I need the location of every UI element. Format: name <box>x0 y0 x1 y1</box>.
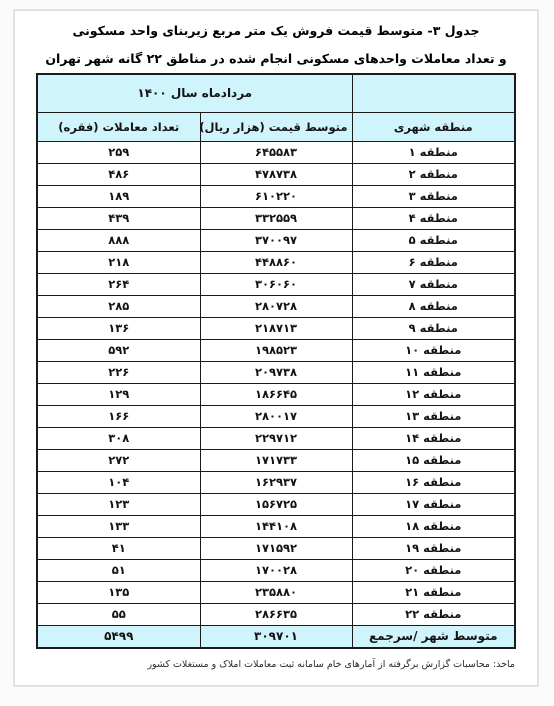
count-cell: ۱۲۹ <box>37 383 200 405</box>
price-cell: ۴۷۸۷۳۸ <box>200 163 352 185</box>
table-row: منطقه ۲۲ ۲۸۶۶۳۵ ۵۵ <box>37 603 515 625</box>
price-cell: ۱۵۶۷۲۵ <box>200 493 352 515</box>
count-column-header: تعداد معاملات (فقره) <box>37 112 200 141</box>
price-cell: ۲۰۹۷۳۸ <box>200 361 352 383</box>
table-row: منطقه ۱۷ ۱۵۶۷۲۵ ۱۲۳ <box>37 493 515 515</box>
price-cell: ۲۸۶۶۳۵ <box>200 603 352 625</box>
count-cell: ۳۰۸ <box>37 427 200 449</box>
price-cell: ۱۸۶۶۴۵ <box>200 383 352 405</box>
region-cell: منطقه ۷ <box>352 273 515 295</box>
region-cell: منطقه ۶ <box>352 251 515 273</box>
table-row: منطقه ۱۴ ۲۲۹۷۱۲ ۳۰۸ <box>37 427 515 449</box>
document-canvas: جدول ۳- متوسط قیمت فروش یک متر مربع زیرب… <box>0 0 554 706</box>
table-row: منطقه ۱۰ ۱۹۸۵۲۳ ۵۹۲ <box>37 339 515 361</box>
region-cell: منطقه ۱۸ <box>352 515 515 537</box>
count-cell: ۲۷۲ <box>37 449 200 471</box>
total-price-cell: ۳۰۹۷۰۱ <box>200 625 352 648</box>
table-row: منطقه ۱۱ ۲۰۹۷۳۸ ۲۲۶ <box>37 361 515 383</box>
region-cell: منطقه ۹ <box>352 317 515 339</box>
price-cell: ۲۸۰۷۲۸ <box>200 295 352 317</box>
period-header-cell: مردادماه سال ۱۴۰۰ <box>37 74 352 112</box>
table-row: منطقه ۹ ۲۱۸۷۱۳ ۱۳۶ <box>37 317 515 339</box>
region-cell: منطقه ۱۵ <box>352 449 515 471</box>
price-cell: ۲۳۵۸۸۰ <box>200 581 352 603</box>
table-title-line2: و تعداد معاملات واحدهای مسکونی انجام شده… <box>15 48 537 70</box>
region-cell: منطقه ۵ <box>352 229 515 251</box>
table-row: منطقه ۱۹ ۱۷۱۵۹۲ ۴۱ <box>37 537 515 559</box>
report-page: جدول ۳- متوسط قیمت فروش یک متر مربع زیرب… <box>13 9 539 687</box>
count-cell: ۲۶۴ <box>37 273 200 295</box>
price-cell: ۳۰۶۰۶۰ <box>200 273 352 295</box>
price-cell: ۲۲۹۷۱۲ <box>200 427 352 449</box>
price-cell: ۶۱۰۲۲۰ <box>200 185 352 207</box>
table-row: منطقه ۴ ۳۳۲۵۵۹ ۴۳۹ <box>37 207 515 229</box>
table-row: منطقه ۳ ۶۱۰۲۲۰ ۱۸۹ <box>37 185 515 207</box>
count-cell: ۴۳۹ <box>37 207 200 229</box>
price-cell: ۶۴۵۵۸۳ <box>200 141 352 163</box>
count-cell: ۱۶۶ <box>37 405 200 427</box>
count-cell: ۲۸۵ <box>37 295 200 317</box>
table-row: منطقه ۲۰ ۱۷۰۰۲۸ ۵۱ <box>37 559 515 581</box>
price-cell: ۱۷۰۰۲۸ <box>200 559 352 581</box>
period-header-row: مردادماه سال ۱۴۰۰ <box>37 74 515 112</box>
total-count-cell: ۵۴۹۹ <box>37 625 200 648</box>
table-row: منطقه ۱۳ ۲۸۰۰۱۷ ۱۶۶ <box>37 405 515 427</box>
region-cell: منطقه ۱۱ <box>352 361 515 383</box>
table-row: منطقه ۱۶ ۱۶۲۹۳۷ ۱۰۴ <box>37 471 515 493</box>
region-cell: منطقه ۱۰ <box>352 339 515 361</box>
count-cell: ۲۱۸ <box>37 251 200 273</box>
table-row: منطقه ۱۲ ۱۸۶۶۴۵ ۱۲۹ <box>37 383 515 405</box>
count-cell: ۱۸۹ <box>37 185 200 207</box>
price-cell: ۳۳۲۵۵۹ <box>200 207 352 229</box>
total-row: متوسط شهر /سرجمع ۳۰۹۷۰۱ ۵۴۹۹ <box>37 625 515 648</box>
region-cell: منطقه ۱۳ <box>352 405 515 427</box>
region-cell: منطقه ۱۷ <box>352 493 515 515</box>
price-cell: ۱۷۱۷۳۳ <box>200 449 352 471</box>
count-cell: ۸۸۸ <box>37 229 200 251</box>
region-cell: منطقه ۱۲ <box>352 383 515 405</box>
total-label-cell: متوسط شهر /سرجمع <box>352 625 515 648</box>
table-row: منطقه ۲۱ ۲۳۵۸۸۰ ۱۳۵ <box>37 581 515 603</box>
price-cell: ۳۷۰۰۹۷ <box>200 229 352 251</box>
table-row: منطقه ۲ ۴۷۸۷۳۸ ۴۸۶ <box>37 163 515 185</box>
price-cell: ۲۱۸۷۱۳ <box>200 317 352 339</box>
empty-corner-cell <box>352 74 515 112</box>
region-column-header: منطقه شهری <box>352 112 515 141</box>
table-row: منطقه ۵ ۳۷۰۰۹۷ ۸۸۸ <box>37 229 515 251</box>
region-cell: منطقه ۲۰ <box>352 559 515 581</box>
price-cell: ۱۷۱۵۹۲ <box>200 537 352 559</box>
region-cell: منطقه ۲ <box>352 163 515 185</box>
table-row: منطقه ۷ ۳۰۶۰۶۰ ۲۶۴ <box>37 273 515 295</box>
count-cell: ۱۳۳ <box>37 515 200 537</box>
count-cell: ۱۲۳ <box>37 493 200 515</box>
region-cell: منطقه ۲۲ <box>352 603 515 625</box>
price-column-header: متوسط قیمت (هزار ریال) <box>200 112 352 141</box>
price-cell: ۱۹۸۵۲۳ <box>200 339 352 361</box>
price-cell: ۲۸۰۰۱۷ <box>200 405 352 427</box>
region-cell: منطقه ۱۴ <box>352 427 515 449</box>
column-header-row: منطقه شهری متوسط قیمت (هزار ریال) تعداد … <box>37 112 515 141</box>
count-cell: ۵۱ <box>37 559 200 581</box>
table-row: منطقه ۱۵ ۱۷۱۷۳۳ ۲۷۲ <box>37 449 515 471</box>
source-note: ماخذ: محاسبات گزارش برگرفته از آمارهای خ… <box>37 659 515 670</box>
price-table: مردادماه سال ۱۴۰۰ منطقه شهری متوسط قیمت … <box>36 73 516 649</box>
region-cell: منطقه ۱ <box>352 141 515 163</box>
count-cell: ۲۲۶ <box>37 361 200 383</box>
count-cell: ۲۵۹ <box>37 141 200 163</box>
count-cell: ۵۹۲ <box>37 339 200 361</box>
table-title-line1: جدول ۳- متوسط قیمت فروش یک متر مربع زیرب… <box>15 20 537 42</box>
price-cell: ۱۴۴۱۰۸ <box>200 515 352 537</box>
count-cell: ۴۸۶ <box>37 163 200 185</box>
region-cell: منطقه ۲۱ <box>352 581 515 603</box>
count-cell: ۵۵ <box>37 603 200 625</box>
region-cell: منطقه ۸ <box>352 295 515 317</box>
table-row: منطقه ۸ ۲۸۰۷۲۸ ۲۸۵ <box>37 295 515 317</box>
table-row: منطقه ۱ ۶۴۵۵۸۳ ۲۵۹ <box>37 141 515 163</box>
table-row: منطقه ۶ ۴۴۸۸۶۰ ۲۱۸ <box>37 251 515 273</box>
table-body: منطقه ۱ ۶۴۵۵۸۳ ۲۵۹ منطقه ۲ ۴۷۸۷۳۸ ۴۸۶ من… <box>37 141 515 625</box>
table-row: منطقه ۱۸ ۱۴۴۱۰۸ ۱۳۳ <box>37 515 515 537</box>
count-cell: ۴۱ <box>37 537 200 559</box>
price-cell: ۱۶۲۹۳۷ <box>200 471 352 493</box>
region-cell: منطقه ۳ <box>352 185 515 207</box>
region-cell: منطقه ۴ <box>352 207 515 229</box>
region-cell: منطقه ۱۶ <box>352 471 515 493</box>
count-cell: ۱۳۶ <box>37 317 200 339</box>
price-cell: ۴۴۸۸۶۰ <box>200 251 352 273</box>
count-cell: ۱۳۵ <box>37 581 200 603</box>
region-cell: منطقه ۱۹ <box>352 537 515 559</box>
count-cell: ۱۰۴ <box>37 471 200 493</box>
